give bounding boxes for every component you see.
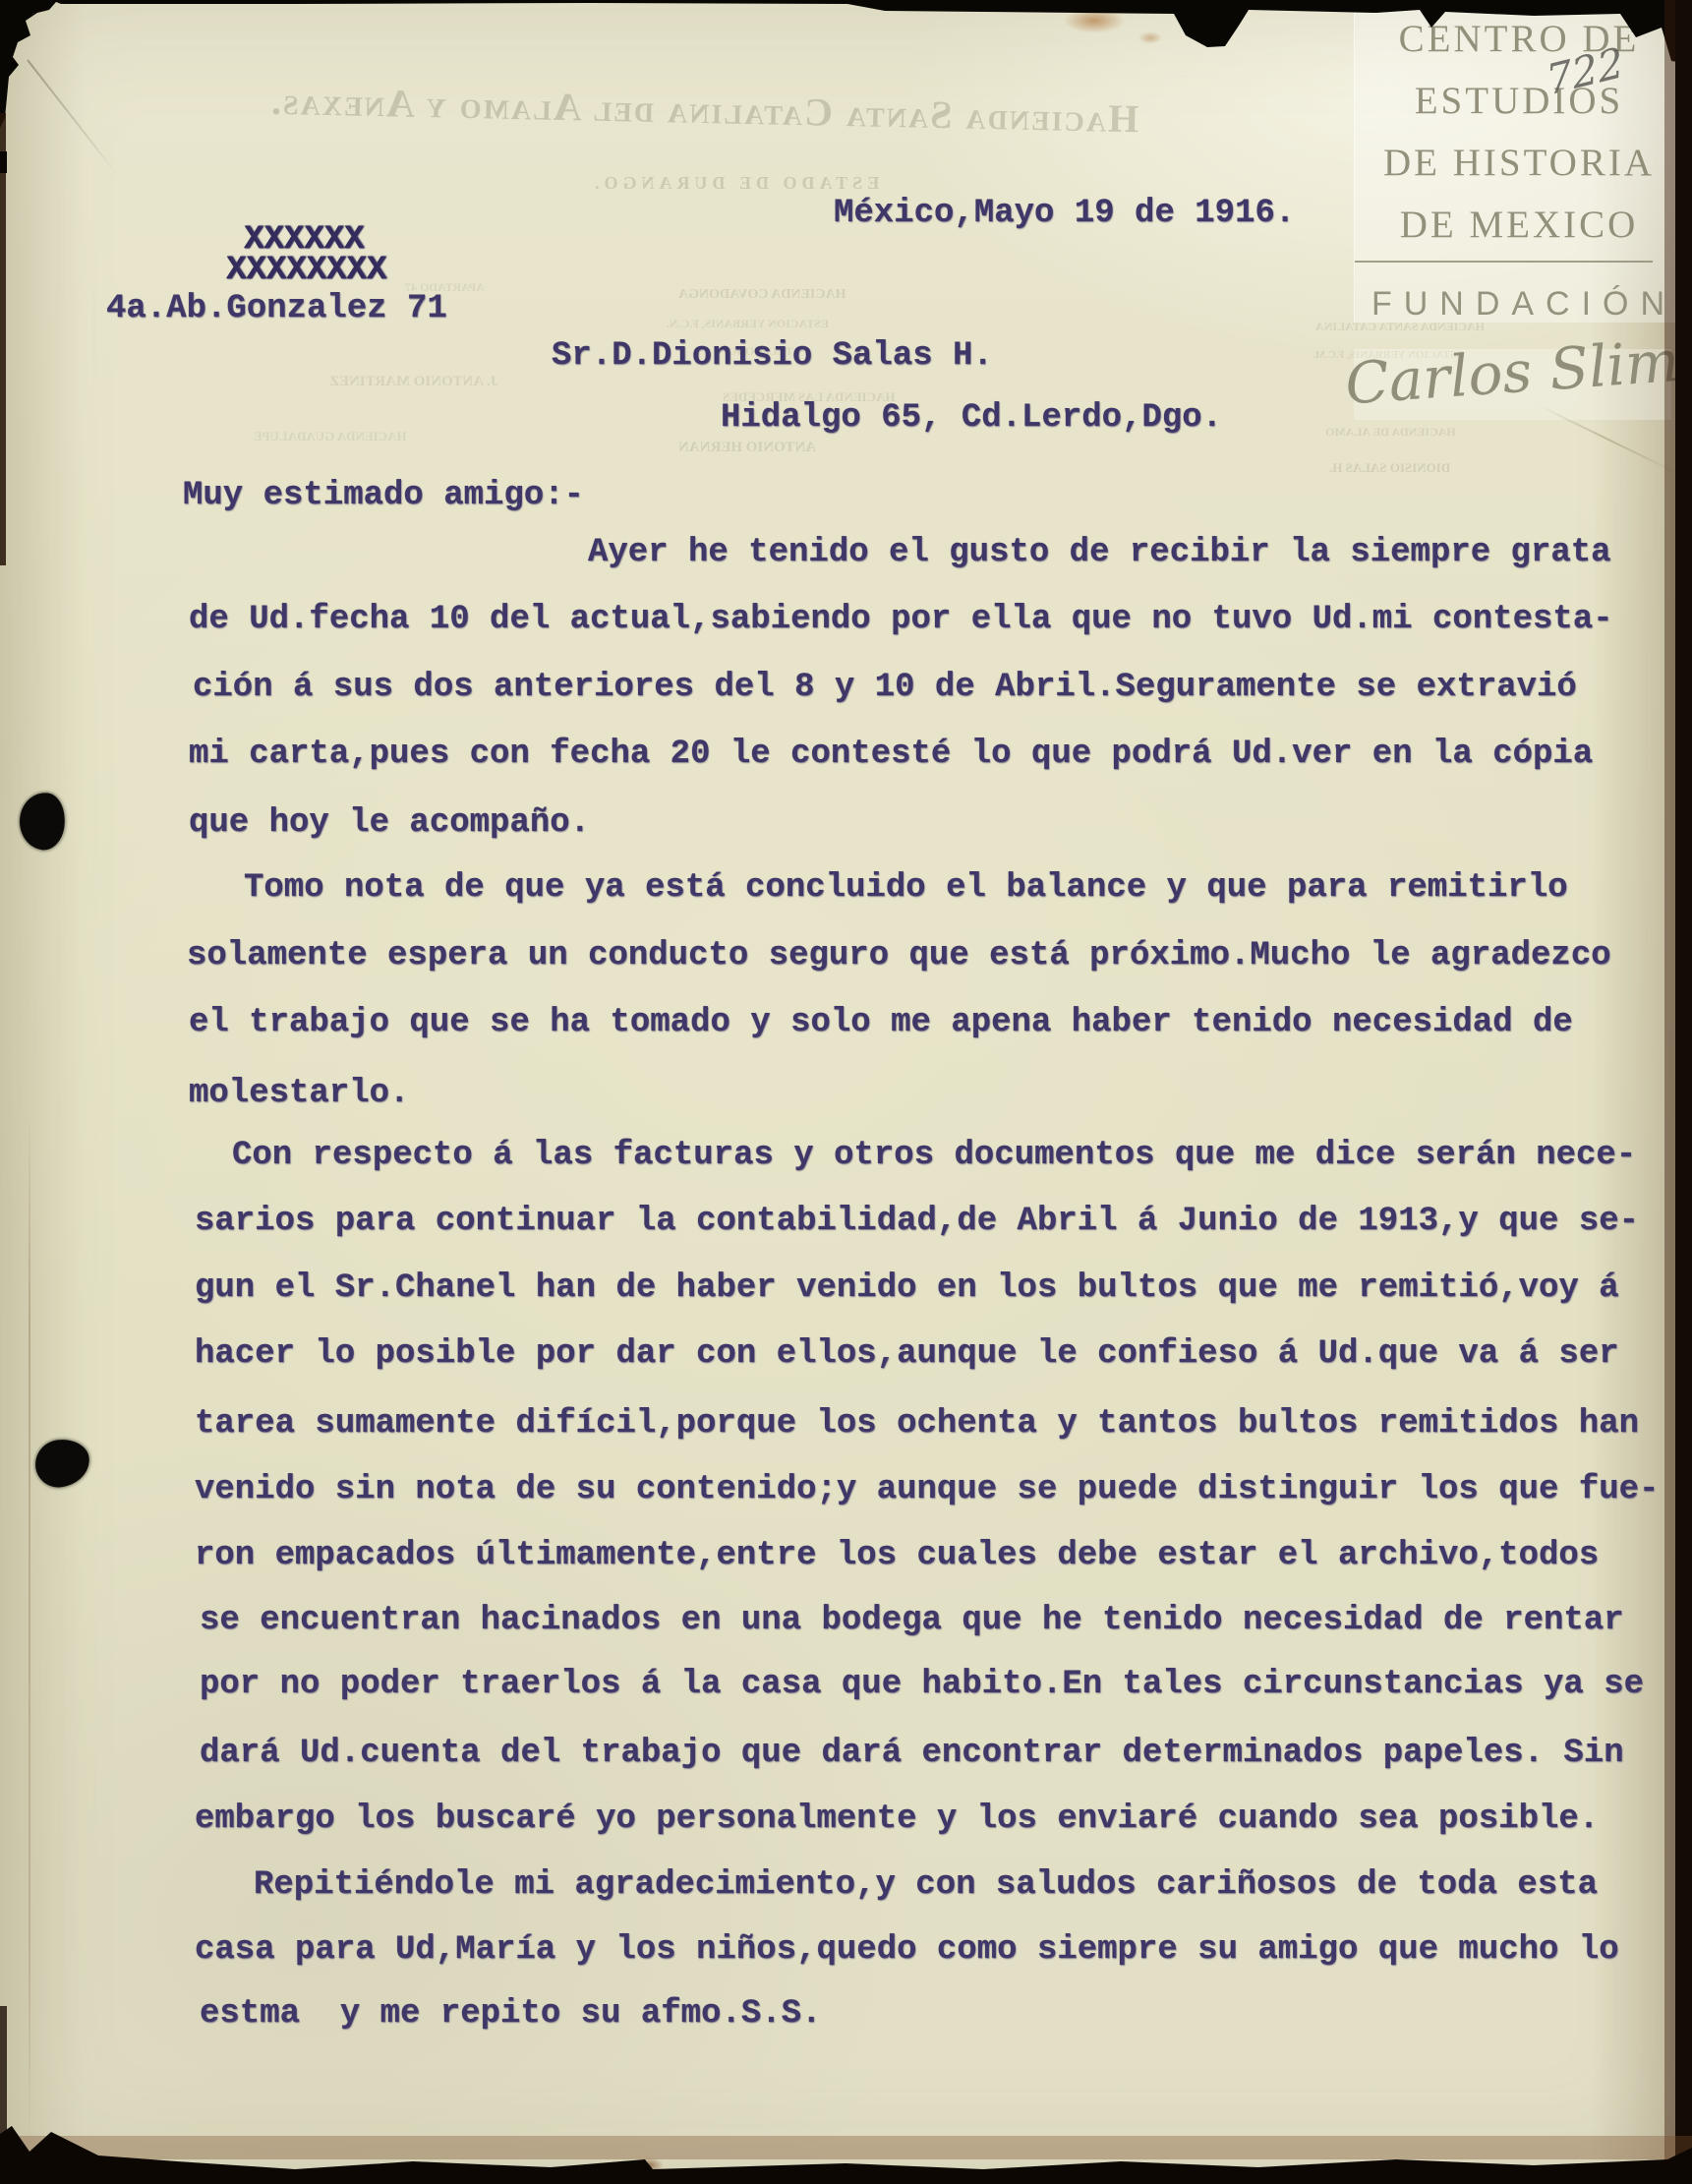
rust-stain	[1138, 31, 1162, 44]
physical-marks-layer: 722	[0, 0, 1692, 2184]
edge-stain	[634, 2157, 664, 2173]
punch-hole-top	[16, 790, 69, 853]
scanned-letter-page: Hacienda Santa Catalina del Alamo y Anex…	[0, 0, 1692, 2184]
punch-hole-bottom	[33, 1437, 92, 1489]
pencil-annotation: 722	[1544, 37, 1627, 104]
rust-stain	[1064, 8, 1125, 33]
paper-crease	[27, 59, 119, 176]
paper-crease	[1538, 404, 1680, 475]
paper-crease	[29, 1111, 30, 2154]
